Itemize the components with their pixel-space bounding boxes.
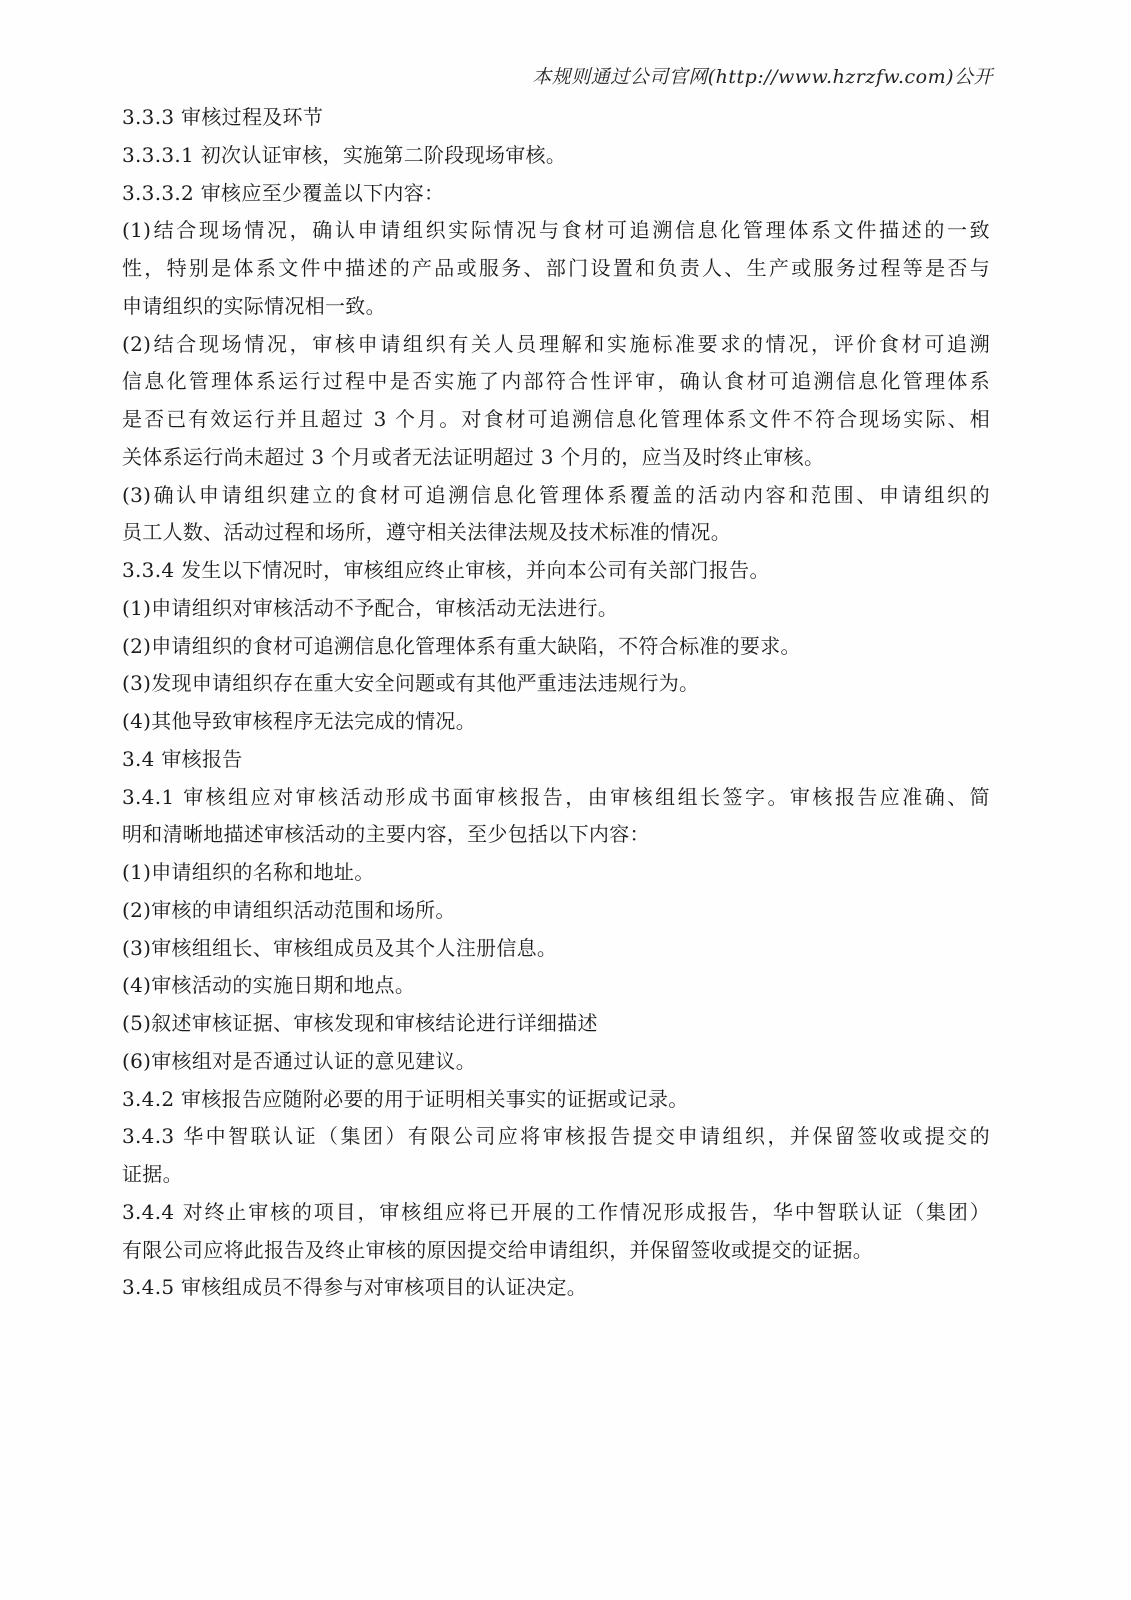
paragraph-line: 明和清晰地描述审核活动的主要内容，至少包括以下内容：	[122, 816, 1012, 854]
paragraph-line: (1)结合现场情况，确认申请组织实际情况与食材可追溯信息化管理体系文件描述的一致	[122, 212, 990, 250]
paragraph-line: 3.3.3.1 初次认证审核，实施第二阶段现场审核。	[122, 137, 1012, 175]
list-item: (2)审核的申请组织活动范围和场所。	[122, 892, 1012, 930]
paragraph-line: 关体系运行尚未超过 3 个月或者无法证明超过 3 个月的，应当及时终止审核。	[122, 439, 1012, 477]
list-item: (2)申请组织的食材可追溯信息化管理体系有重大缺陷，不符合标准的要求。	[122, 628, 1012, 666]
list-item: (1)申请组织的名称和地址。	[122, 854, 1012, 892]
section-heading: 3.3.3 审核过程及环节	[122, 99, 1012, 137]
paragraph-line: 是否已有效运行并且超过 3 个月。对食材可追溯信息化管理体系文件不符合现场实际、…	[122, 401, 990, 439]
list-item: (3)发现申请组织存在重大安全问题或有其他严重违法违规行为。	[122, 665, 1012, 703]
list-item: (5)叙述审核证据、审核发现和审核结论进行详细描述	[122, 1005, 1012, 1043]
paragraph-line: 3.4.4 对终止审核的项目，审核组应将已开展的工作情况形成报告，华中智联认证（…	[122, 1194, 990, 1232]
paragraph-line: (2)结合现场情况，审核申请组织有关人员理解和实施标准要求的情况，评价食材可追溯	[122, 326, 990, 364]
section-heading: 3.4 审核报告	[122, 741, 1012, 779]
paragraph-line: 3.4.5 审核组成员不得参与对审核项目的认证决定。	[122, 1269, 1012, 1307]
paragraph-line: 3.4.3 华中智联认证（集团）有限公司应将审核报告提交申请组织，并保留签收或提…	[122, 1118, 990, 1156]
paragraph-line: 性，特别是体系文件中描述的产品或服务、部门设置和负责人、生产或服务过程等是否与	[122, 250, 990, 288]
page-header: 本规则通过公司官网(http://www.hzrzfw.com)公开	[532, 62, 993, 89]
paragraph-line: 申请组织的实际情况相一致。	[122, 288, 1012, 326]
paragraph-line: 有限公司应将此报告及终止审核的原因提交给申请组织，并保留签收或提交的证据。	[122, 1232, 1012, 1270]
paragraph-line: 信息化管理体系运行过程中是否实施了内部符合性评审，确认食材可追溯信息化管理体系	[122, 363, 990, 401]
paragraph-line: 3.4.2 审核报告应随附必要的用于证明相关事实的证据或记录。	[122, 1081, 1012, 1119]
paragraph-line: 3.4.1 审核组应对审核活动形成书面审核报告，由审核组组长签字。审核报告应准确…	[122, 779, 990, 817]
list-item: (1)申请组织对审核活动不予配合，审核活动无法进行。	[122, 590, 1012, 628]
list-item: (6)审核组对是否通过认证的意见建议。	[122, 1043, 1012, 1081]
list-item: (3)审核组组长、审核组成员及其个人注册信息。	[122, 930, 1012, 968]
document-page: 本规则通过公司官网(http://www.hzrzfw.com)公开 3.3.3…	[0, 0, 1131, 1600]
paragraph-line: (3)确认申请组织建立的食材可追溯信息化管理体系覆盖的活动内容和范围、申请组织的	[122, 477, 990, 515]
list-item: (4)其他导致审核程序无法完成的情况。	[122, 703, 1012, 741]
paragraph-line: 证据。	[122, 1156, 1012, 1194]
section-heading: 3.3.4 发生以下情况时，审核组应终止审核，并向本公司有关部门报告。	[122, 552, 1012, 590]
paragraph-line: 员工人数、活动过程和场所，遵守相关法律法规及技术标准的情况。	[122, 514, 1012, 552]
document-body: 3.3.3 审核过程及环节 3.3.3.1 初次认证审核，实施第二阶段现场审核。…	[122, 99, 1012, 1307]
list-item: (4)审核活动的实施日期和地点。	[122, 967, 1012, 1005]
paragraph-line: 3.3.3.2 审核应至少覆盖以下内容：	[122, 175, 1012, 213]
